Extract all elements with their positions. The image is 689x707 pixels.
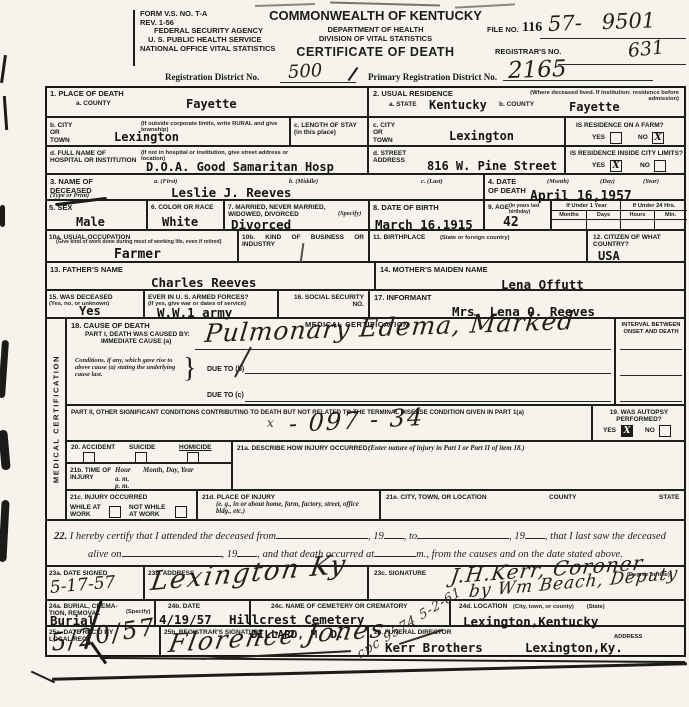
hours-label: Hours (621, 212, 654, 218)
field-label: 11. BIRTHPLACE (373, 234, 425, 241)
min-label: Min. (654, 212, 687, 218)
no-label: NO (638, 134, 648, 141)
field-fathers-name: 13. FATHER'S NAME Charles Reeves (45, 262, 375, 290)
under-1-year-label: If Under 1 Year (552, 203, 621, 210)
field-label: 12. CITIZEN OF WHAT COUNTRY? (593, 234, 663, 249)
field-label: 24c. NAME OF CEMETERY OR CREMATORY (271, 603, 407, 610)
accident-label: 20. ACCIDENT (71, 444, 115, 451)
field-marital-status: 7. MARRIED, NEVER MARRIED, WIDOWED, DIVO… (224, 200, 369, 230)
yes-label: YES (603, 427, 616, 434)
at-work-checkbox (109, 506, 121, 518)
not-at-work-checkbox (175, 506, 187, 518)
reg-district-rule (280, 68, 356, 83)
field-label: 21c. INJURY OCCURRED (70, 494, 147, 501)
conditions-note: Conditions, if any, which gave rise to a… (75, 357, 183, 378)
certify-text: , to (404, 531, 417, 542)
reg-district-label: Registration District No. (165, 72, 259, 82)
certify-text: alive on (88, 549, 122, 560)
scan-blob (0, 55, 7, 83)
field-city-of-death: b. CITY OR TOWN (If outside corporate li… (45, 117, 290, 146)
sub-label: c. CITY OR TOWN (373, 122, 403, 144)
county-label: COUNTY (549, 494, 576, 501)
field-residence-city: c. CITY OR TOWN Lexington (368, 117, 565, 146)
residence-state-value: Kentucky (429, 98, 487, 112)
field-label: 24d. LOCATION (459, 603, 507, 610)
hour-label: Hour (115, 467, 131, 475)
place-county-value: Fayette (186, 97, 237, 111)
part2-handwritten-code: - 097 - 34 (288, 403, 425, 438)
field-label: 24b. DATE (168, 603, 200, 610)
deceased-name-value: Leslie J. Reeves (171, 185, 291, 200)
certify-text: , 19 (509, 531, 525, 542)
field-label: 16. SOCIAL SECURITY NO. (282, 294, 364, 309)
field-residence-on-farm: IS RESIDENCE ON A FARM? YES NO X (565, 117, 686, 146)
grid-line (586, 210, 587, 231)
farm-no-checkbox: X (652, 132, 664, 144)
autopsy-yes-checkbox: X (621, 425, 633, 437)
limits-yes-checkbox: X (610, 160, 622, 172)
residence-county-value: Fayette (569, 100, 620, 114)
blank-line (384, 529, 404, 539)
due-to-c-rule (245, 387, 611, 402)
interval-rule (620, 387, 682, 402)
blank-line (237, 547, 257, 557)
primary-district-rule (503, 66, 653, 81)
death-city-value: Lexington (114, 130, 179, 144)
medical-certification-side-strip: MEDICAL CERTIFICATION (45, 318, 66, 520)
due-to-c-label: DUE TO (c) (207, 392, 244, 400)
farm-yes-checkbox (610, 132, 622, 144)
scan-blob (0, 340, 9, 398)
scan-edge-line (100, 657, 685, 663)
field-place-of-death: 1. PLACE OF DEATH a. COUNTY Fayette (45, 86, 368, 117)
field-name-of-deceased: 3. NAME OF DECEASED (Type or Print) a. (… (45, 174, 484, 200)
field-date-received: 25a. DATE REC'D BY LOCAL REG. 5/20/57 (45, 626, 160, 657)
field-date-of-birth: 8. DATE OF BIRTH March 16,1915 (369, 200, 484, 230)
burial-date-value: 4/19/57 (159, 612, 212, 627)
yes-label: YES (592, 134, 605, 141)
field-describe-injury: 21a. DESCRIBE HOW INJURY OCCURRED: (Ente… (232, 441, 686, 490)
residence-city-value: Lexington (449, 129, 514, 143)
occupation-value: Farmer (114, 247, 161, 262)
field-date-of-death: 4. DATE OF DEATH (Month) (Day) (Year) Ap… (484, 174, 686, 200)
no-label: NO (640, 162, 650, 169)
field-injury-location: 21e. CITY, TOWN, OR LOCATION COUNTY STAT… (380, 490, 686, 520)
question-label: IS RESIDENCE INSIDE CITY LIMITS? (570, 150, 683, 157)
field-autopsy: 19. WAS AUTOPSY PERFORMED? YES X NO (592, 405, 686, 441)
field-inside-city-limits: IS RESIDENCE INSIDE CITY LIMITS? YES X N… (565, 146, 686, 174)
sub-label: d. FULL NAME OF HOSPITAL OR INSTITUTION (50, 150, 138, 165)
scan-blob (0, 205, 5, 227)
field-note: (Type or Print) (50, 192, 89, 199)
interval-rule (620, 335, 682, 350)
field-hospital-name: d. FULL NAME OF HOSPITAL OR INSTITUTION … (45, 146, 368, 174)
field-note: (In years last birthday) (509, 204, 549, 215)
field-place-of-injury: 21d. PLACE OF INJURY (e. g., in or about… (197, 490, 380, 520)
autopsy-label: 19. WAS AUTOPSY PERFORMED? (599, 409, 679, 424)
field-note: (City, town, or county) (State) (513, 604, 683, 610)
field-label: 17. INFORMANT (374, 294, 432, 303)
field-street-address: d. STREET ADDRESS 816 W. Pine Street (368, 146, 565, 174)
scan-blob (0, 500, 10, 562)
sub-label: b. COUNTY (499, 101, 534, 108)
field-birthplace: 11. BIRTHPLACE (State or foreign country… (369, 230, 587, 262)
age-value: 42 (503, 215, 519, 230)
interval-rule (620, 361, 682, 376)
field-label: 14. MOTHER'S MAIDEN NAME (380, 266, 488, 275)
street-address-value: 816 W. Pine Street (427, 159, 557, 173)
sub-label: a. STATE (389, 101, 417, 108)
field-signer-address: 23b. ADDRESS Lexington Ky (144, 566, 368, 600)
header-left-rule (133, 10, 135, 66)
certificate-title: CERTIFICATE OF DEATH (268, 45, 483, 59)
field-sex: 5. SEX Male (45, 200, 147, 230)
date-signed-handwritten: 5-17-57 (49, 572, 116, 598)
field-registrar-signature: 25b. REGISTRAR'S SIGNATURE DILLARD, M. D… (160, 626, 368, 657)
months-label: Months (552, 212, 586, 218)
field-interval-onset-death: INTERVAL BETWEEN ONSET AND DEATH (615, 318, 686, 405)
column-label: a. (First) (154, 178, 177, 185)
suicide-label: SUICIDE (129, 444, 155, 451)
due-to-b-rule (245, 359, 611, 374)
field-label: 13. FATHER'S NAME (50, 266, 123, 275)
field-injury-occurred: 21c. INJURY OCCURRED WHILE AT WORK NOT W… (66, 490, 197, 520)
item-number: 22. (54, 531, 67, 542)
blank-line (276, 529, 368, 539)
column-label: (Month) (547, 178, 569, 185)
column-label: b. (Middle) (289, 178, 318, 185)
field-mothers-maiden-name: 14. MOTHER'S MAIDEN NAME Lena Offutt (375, 262, 686, 290)
fathers-name-value: Charles Reeves (151, 275, 256, 290)
field-part2-conditions: PART II, OTHER SIGNIFICANT CONDITIONS CO… (66, 405, 592, 441)
citizenship-value: USA (598, 249, 620, 263)
immediate-cause-label: IMMEDIATE CAUSE (a) (101, 338, 171, 345)
hospital-value: D.O.A. Good Samaritan Hosp (146, 160, 334, 174)
race-value: White (162, 215, 198, 229)
field-label: 5. SEX (49, 204, 72, 213)
certify-text: , 19 (222, 549, 238, 560)
department-line: DEPARTMENT OF HEALTH (268, 25, 483, 34)
field-length-of-stay: c. LENGTH OF STAY (in this place) (290, 117, 368, 146)
autopsy-no-checkbox (659, 425, 671, 437)
field-kind-of-business: 10b. KIND OF BUSINESS OR INDUSTRY (238, 230, 369, 262)
file-no-label: FILE NO. (487, 26, 519, 35)
grid-line (620, 201, 621, 231)
blank-line (417, 529, 509, 539)
scan-scratch (255, 3, 315, 7)
sex-value: Male (76, 215, 105, 229)
sub-label: a. COUNTY (76, 100, 111, 107)
field-note: (State or foreign country) (440, 235, 510, 241)
medical-certification-vertical-label: MEDICAL CERTIFICATION (51, 355, 60, 483)
field-label: 4. DATE OF DEATH (488, 178, 526, 195)
field-time-of-injury: 21b. TIME OF INJURY Hour Month, Day, Yea… (66, 463, 232, 490)
field-cemetery-location: 24d. LOCATION (City, town, or county) (S… (450, 600, 686, 626)
registrar-no-label: REGISTRAR'S NO. (495, 48, 561, 57)
scan-blob (3, 96, 8, 130)
column-label: (Day) (600, 178, 615, 185)
homicide-label: HOMICIDE (179, 444, 212, 451)
while-at-work-label: WHILE AT WORK (70, 504, 104, 519)
field-label: 6. COLOR OR RACE (151, 204, 213, 211)
not-while-at-work-label: NOT WHILE AT WORK (129, 504, 169, 519)
field-label: 21b. TIME OF INJURY (70, 467, 112, 482)
funeral-director-address-value: Lexington,Ky. (525, 640, 623, 655)
certify-text: , that I last saw the deceased (545, 531, 666, 542)
conditions-brace: } (183, 353, 196, 385)
field-age-subgrid: If Under 1 Year If Under 24 Hrs. Months … (551, 200, 686, 230)
field-note: (Specify) (338, 210, 361, 217)
field-usual-occupation: 10a. USUAL OCCUPATION (Give kind of work… (45, 230, 238, 262)
column-label: c. (Last) (421, 178, 443, 185)
question-label: IS RESIDENCE ON A FARM? (576, 122, 664, 129)
interval-label: INTERVAL BETWEEN ONSET AND DEATH (620, 322, 682, 335)
death-certificate-scan: FORM V.S. NO. T-A REV. 1-56 FEDERAL SECU… (0, 0, 689, 707)
checkbox-x-mark: X (655, 133, 662, 143)
checkbox-x-mark: X (613, 161, 620, 171)
limits-no-checkbox (654, 160, 666, 172)
grid-line (654, 210, 655, 231)
field-armed-forces: EVER IN U. S. ARMED FORCES? (If yes, giv… (144, 290, 278, 318)
sub-label: d. STREET ADDRESS (373, 150, 413, 165)
field-label: 23c. SIGNATURE (374, 570, 426, 577)
blank-line (122, 547, 222, 557)
blank-line (525, 529, 545, 539)
file-no-rule (540, 22, 686, 39)
field-label: 21e. CITY, TOWN, OR LOCATION (386, 494, 487, 501)
column-label: (Year) (643, 178, 659, 185)
yes-label: YES (592, 162, 605, 169)
field-label: 21a. DESCRIBE HOW INJURY OCCURRED: (237, 445, 370, 452)
scan-edge-line (52, 662, 687, 680)
primary-district-label: Primary Registration District No. (368, 72, 497, 82)
field-date-signed: 23a. DATE SIGNED 5-17-57 (45, 566, 144, 600)
field-age: 9. AGE (In years last birthday) 42 (484, 200, 551, 230)
field-funeral-director: 26. FUNERAL DIRECTOR ADDRESS Kerr Brothe… (368, 626, 686, 657)
field-accident-suicide-homicide: 20. ACCIDENT SUICIDE HOMICIDE (66, 441, 232, 463)
sub-label: c. LENGTH OF STAY (in this place) (294, 122, 364, 137)
field-color-or-race: 6. COLOR OR RACE White (147, 200, 224, 230)
checkbox-x-mark: X (624, 426, 631, 436)
field-usual-residence: 2. USUAL RESIDENCE (Where deceased lived… (368, 86, 686, 117)
field-label: 9. AGE (488, 204, 509, 211)
scan-scratch (330, 2, 440, 6)
state-label: STATE (659, 494, 679, 501)
field-note: (Enter nature of injury in Part I or Par… (368, 445, 525, 453)
field-note: (Give kind of work done during most of w… (56, 240, 231, 246)
field-label: 18. CAUSE OF DEATH (71, 322, 150, 331)
days-label: Days (586, 212, 621, 218)
commonwealth-title: COMMONWEALTH OF KENTUCKY (268, 8, 483, 23)
certify-line-1: 22. I hereby certify that I attended the… (54, 529, 666, 542)
was-deceased-value: Yes (79, 304, 101, 318)
month-day-year-label: Month, Day, Year (143, 467, 194, 475)
certify-text: I hereby certify that I attended the dec… (70, 531, 276, 542)
division-line: DIVISION OF VITAL STATISTICS (268, 34, 483, 43)
registrar-no-rule (558, 48, 686, 65)
under-24-hrs-label: If Under 24 Hrs. (621, 203, 687, 210)
field-label: 8. DATE OF BIRTH (373, 204, 439, 213)
field-label: 1. PLACE OF DEATH (50, 90, 124, 99)
field-cause-of-death: 18. CAUSE OF DEATH MEDICAL CERTIFICATION… (66, 318, 615, 405)
field-note: (e. g., in or about home, farm, factory,… (216, 501, 374, 516)
field-citizen-of: 12. CITIZEN OF WHAT COUNTRY? USA (587, 230, 686, 262)
header-title-block: COMMONWEALTH OF KENTUCKY DEPARTMENT OF H… (268, 8, 483, 59)
no-label: NO (645, 427, 655, 434)
scan-blob (0, 430, 11, 471)
field-signature: 23c. SIGNATURE (Degree or title) J.H.Ker… (368, 566, 686, 600)
blank-line (374, 547, 416, 557)
sub-label: b. CITY OR TOWN (50, 122, 76, 144)
certify-text: , 19 (368, 531, 384, 542)
field-was-deceased: 15. WAS DECEASED (Yes, no, or unknown) Y… (45, 290, 144, 318)
part2-handwritten-mark: x (267, 416, 274, 430)
